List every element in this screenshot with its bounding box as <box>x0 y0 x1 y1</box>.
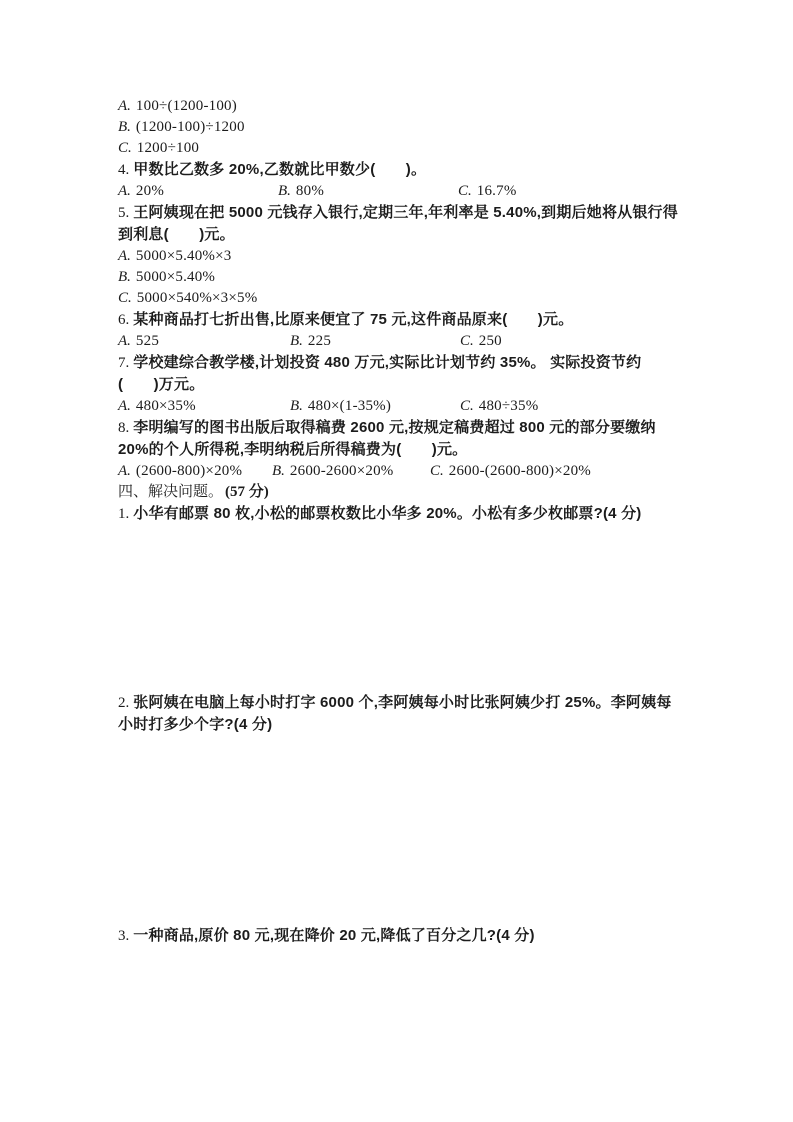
option-letter: A. <box>118 333 131 349</box>
option-letter: B. <box>272 463 285 479</box>
question-text: 王阿姨现在把 5000 元钱存入银行,定期三年,年利率是 5.40%,到期后她将… <box>118 204 678 243</box>
option-a: A.(2600-800)×20% <box>118 461 272 482</box>
option-letter: B. <box>118 119 131 135</box>
question-6-options-row: A.525 B.225 C.250 <box>118 331 680 352</box>
word-problem-2: 2.张阿姨在电脑上每小时打字 6000 个,李阿姨每小时比张阿姨少打 25%。李… <box>118 692 680 736</box>
option-letter: B. <box>278 183 291 199</box>
question-number: 7. <box>118 355 129 371</box>
option-letter: C. <box>460 398 474 414</box>
question-8-options-row: A.(2600-800)×20% B.2600-2600×20% C.2600-… <box>118 461 680 482</box>
option-a: A.480×35% <box>118 396 290 417</box>
option-letter: A. <box>118 463 131 479</box>
worksheet-page: A.100÷(1200-100) B.(1200-100)÷1200 C.120… <box>0 0 793 1122</box>
option-letter: B. <box>290 398 303 414</box>
question-7-options-row: A.480×35% B.480×(1-35%) C.480÷35% <box>118 396 680 417</box>
option-letter: C. <box>430 463 444 479</box>
question-5-option-c: C.5000×540%×3×5% <box>118 288 680 309</box>
question-text: 小华有邮票 80 枚,小松的邮票枚数比小华多 20%。小松有多少枚邮票?(4 分… <box>133 505 641 522</box>
worksheet-text-block: A.100÷(1200-100) B.(1200-100)÷1200 C.120… <box>118 96 680 947</box>
carryover-option-a: A.100÷(1200-100) <box>118 96 680 117</box>
word-problem-3: 3.一种商品,原价 80 元,现在降价 20 元,降低了百分之几?(4 分) <box>118 925 680 947</box>
question-number: 1. <box>118 506 129 522</box>
option-letter: C. <box>118 290 132 306</box>
question-8: 8.李明编写的图书出版后取得稿费 2600 元,按规定稿费超过 800 元的部分… <box>118 417 680 461</box>
option-letter: C. <box>118 140 132 156</box>
option-a: A.525 <box>118 331 290 352</box>
option-value: (1200-100)÷1200 <box>136 119 245 135</box>
option-letter: B. <box>290 333 303 349</box>
question-number: 2. <box>118 695 129 711</box>
question-5: 5.王阿姨现在把 5000 元钱存入银行,定期三年,年利率是 5.40%,到期后… <box>118 202 680 246</box>
option-value: 2600-(2600-800)×20% <box>449 463 591 479</box>
question-number: 3. <box>118 928 129 944</box>
carryover-option-c: C.1200÷100 <box>118 138 680 159</box>
section-heading: 四、解决问题。(57 分) <box>118 482 680 503</box>
question-number: 8. <box>118 420 129 436</box>
option-value: 5000×540%×3×5% <box>137 290 258 306</box>
question-text: 甲数比乙数多 20%,乙数就比甲数少( )。 <box>133 161 426 178</box>
question-number: 6. <box>118 312 129 328</box>
option-value: 5000×5.40% <box>136 269 215 285</box>
option-value: 480÷35% <box>479 398 539 414</box>
option-value: 480×35% <box>136 398 196 414</box>
option-c: C.16.7% <box>458 181 680 202</box>
question-text: 一种商品,原价 80 元,现在降价 20 元,降低了百分之几?(4 分) <box>133 927 534 944</box>
question-text: 某种商品打七折出售,比原来便宜了 75 元,这件商品原来( )元。 <box>133 311 573 328</box>
question-6: 6.某种商品打七折出售,比原来便宜了 75 元,这件商品原来( )元。 <box>118 309 680 331</box>
option-value: 525 <box>136 333 159 349</box>
option-value: 1200÷100 <box>137 140 199 156</box>
option-b: B.80% <box>278 181 458 202</box>
option-letter: A. <box>118 248 131 264</box>
option-c: C.2600-(2600-800)×20% <box>430 461 680 482</box>
option-value: 20% <box>136 183 164 199</box>
option-value: 80% <box>296 183 324 199</box>
option-value: (2600-800)×20% <box>136 463 242 479</box>
option-letter: B. <box>118 269 131 285</box>
option-b: B.480×(1-35%) <box>290 396 460 417</box>
option-value: 5000×5.40%×3 <box>136 248 232 264</box>
question-text: 李明编写的图书出版后取得稿费 2600 元,按规定稿费超过 800 元的部分要缴… <box>118 419 656 458</box>
section-heading-score: (57 分) <box>225 484 269 500</box>
option-letter: C. <box>460 333 474 349</box>
question-4: 4.甲数比乙数多 20%,乙数就比甲数少( )。 <box>118 159 680 181</box>
option-value: 2600-2600×20% <box>290 463 394 479</box>
option-c: C.250 <box>460 331 680 352</box>
question-number: 4. <box>118 162 129 178</box>
question-text: 张阿姨在电脑上每小时打字 6000 个,李阿姨每小时比张阿姨少打 25%。李阿姨… <box>118 694 672 733</box>
option-letter: A. <box>118 98 131 114</box>
option-b: B.225 <box>290 331 460 352</box>
question-5-option-b: B.5000×5.40% <box>118 267 680 288</box>
option-value: 16.7% <box>477 183 517 199</box>
option-c: C.480÷35% <box>460 396 680 417</box>
option-letter: A. <box>118 398 131 414</box>
option-value: 225 <box>308 333 331 349</box>
option-b: B.2600-2600×20% <box>272 461 430 482</box>
question-4-options-row: A.20% B.80% C.16.7% <box>118 181 680 202</box>
option-value: 480×(1-35%) <box>308 398 391 414</box>
question-number: 5. <box>118 205 129 221</box>
carryover-option-b: B.(1200-100)÷1200 <box>118 117 680 138</box>
option-value: 250 <box>479 333 502 349</box>
word-problem-1: 1.小华有邮票 80 枚,小松的邮票枚数比小华多 20%。小松有多少枚邮票?(4… <box>118 503 680 525</box>
option-value: 100÷(1200-100) <box>136 98 237 114</box>
option-a: A.20% <box>118 181 278 202</box>
question-5-option-a: A.5000×5.40%×3 <box>118 246 680 267</box>
option-letter: C. <box>458 183 472 199</box>
section-heading-title: 四、解决问题。 <box>118 484 223 500</box>
question-text: 学校建综合教学楼,计划投资 480 万元,实际比计划节约 35%。 实际投资节约… <box>118 354 641 393</box>
question-7: 7.学校建综合教学楼,计划投资 480 万元,实际比计划节约 35%。 实际投资… <box>118 352 680 396</box>
option-letter: A. <box>118 183 131 199</box>
